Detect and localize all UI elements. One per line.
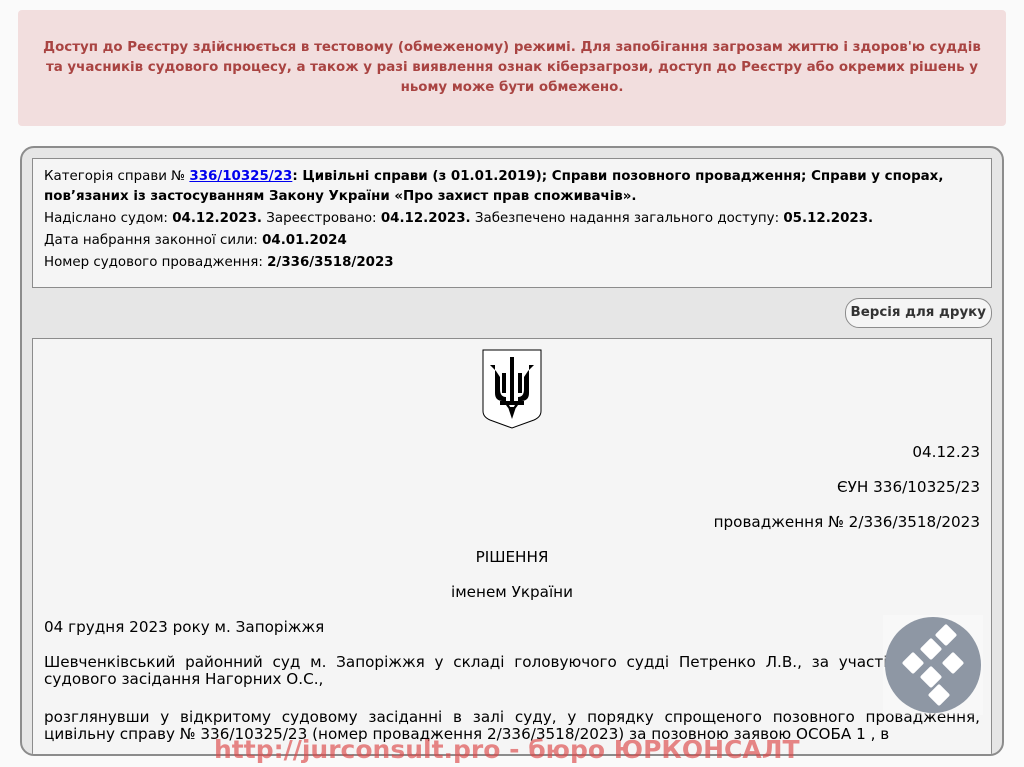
proceeding-number-line: провадження № 2/336/3518/2023 [714, 514, 980, 531]
sent-date: 04.12.2023. [172, 211, 262, 226]
print-version-button[interactable]: Версія для друку [845, 298, 993, 328]
decision-date-place: 04 грудня 2023 року м. Запоріжжя [44, 619, 980, 636]
proceeding-number: 2/336/3518/2023 [267, 255, 393, 270]
watermark-text: http://jurconsult.pro - бюро ЮРКОНСАЛТ [214, 733, 800, 767]
proceeding-number-row: Номер судового провадження: 2/336/3518/2… [44, 253, 980, 273]
puzzle-logo-icon [883, 615, 983, 715]
effective-date-row: Дата набрання законної сили: 04.01.2024 [44, 231, 980, 251]
decision-date-short: 04.12.23 [912, 444, 980, 461]
decision-title: РІШЕННЯ [33, 549, 991, 566]
registry-notice-banner: Доступ до Реєстру здійснюється в тестово… [18, 10, 1006, 126]
registered-date: 04.12.2023. [381, 211, 471, 226]
decision-paragraph: Шевченківський районний суд м. Запоріжжя… [44, 654, 980, 688]
effective-date: 04.01.2024 [262, 233, 347, 248]
case-info-panel: Категорія справи № 336/10325/23: Цивільн… [32, 158, 992, 288]
coat-of-arms-icon [482, 349, 542, 429]
notice-text: Доступ до Реєстру здійснюється в тестово… [34, 38, 990, 98]
unified-case-number: ЄУН 336/10325/23 [837, 479, 980, 496]
decision-subtitle: іменем України [33, 584, 991, 601]
decision-document: 04.12.23 ЄУН 336/10325/23 провадження № … [32, 338, 992, 756]
public-access-date: 05.12.2023. [783, 211, 873, 226]
case-dates: Надіслано судом: 04.12.2023. Зареєстрова… [44, 209, 980, 229]
case-category: Категорія справи № 336/10325/23: Цивільн… [44, 167, 980, 207]
decision-frame: Категорія справи № 336/10325/23: Цивільн… [20, 146, 1004, 756]
case-number-link[interactable]: 336/10325/23 [189, 169, 292, 184]
